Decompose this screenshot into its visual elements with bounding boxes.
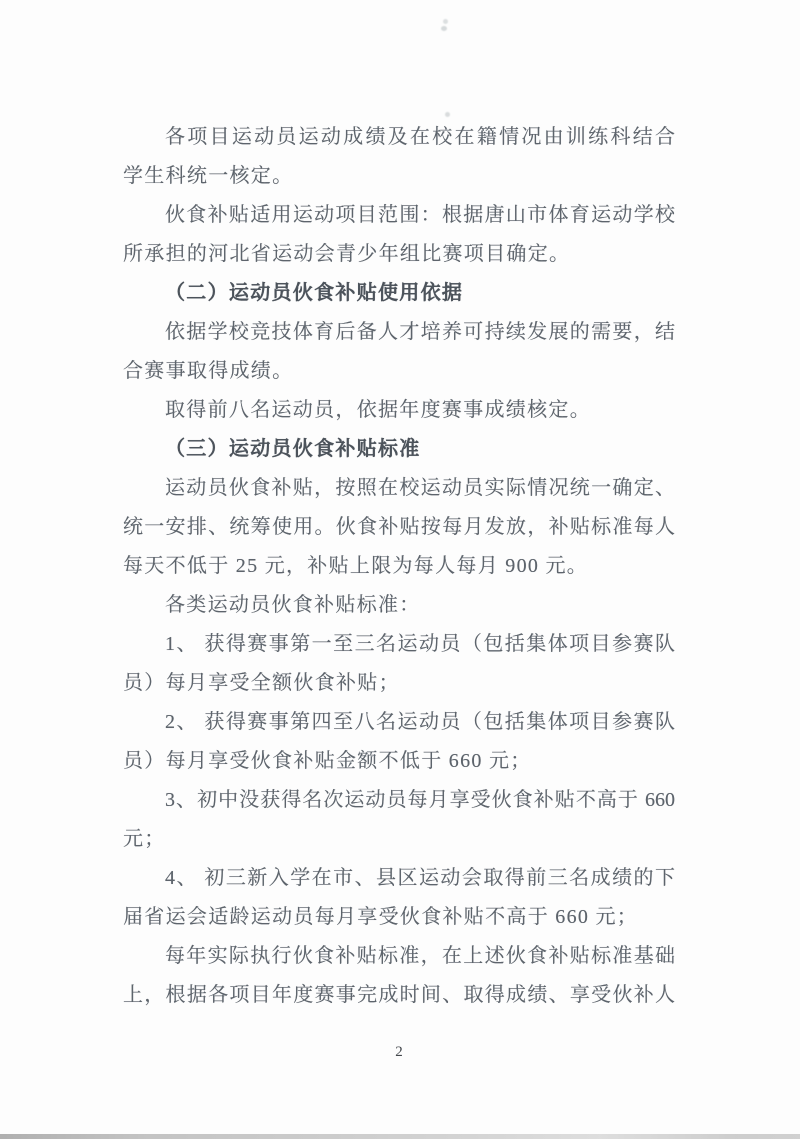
text-line: 每天不低于 25 元，补贴上限为每人每月 900 元。 — [123, 547, 675, 586]
text-line: 届省运会适龄运动员每月享受伙食补贴不高于 660 元； — [123, 898, 675, 937]
text-line: 员）每月享受全额伙食补贴； — [123, 664, 675, 703]
text-line: 所承担的河北省运动会青少年组比赛项目确定。 — [123, 235, 675, 274]
text-line: 运动员伙食补贴，按照在校运动员实际情况统一确定、 — [123, 469, 675, 508]
scan-speck-artifact — [445, 112, 450, 117]
text-line: 各项目运动员运动成绩及在校在籍情况由训练科结合 — [123, 118, 675, 157]
text-line: 1、 获得赛事第一至三名运动员（包括集体项目参赛队 — [123, 625, 675, 664]
heading-line: （二）运动员伙食补贴使用依据 — [123, 274, 675, 313]
page-number: 2 — [123, 1042, 675, 1062]
text-line: 学生科统一核定。 — [123, 157, 675, 196]
text-line: 取得前八名运动员，依据年度赛事成绩核定。 — [123, 391, 675, 430]
text-line: 上，根据各项目年度赛事完成时间、取得成绩、享受伙补人 — [123, 976, 675, 1015]
scan-speck-artifact — [441, 26, 447, 31]
text-line: 伙食补贴适用运动项目范围：根据唐山市体育运动学校 — [123, 196, 675, 235]
heading-line: （三）运动员伙食补贴标准 — [123, 430, 675, 469]
text-line: 元； — [123, 820, 675, 859]
scan-speck-artifact — [443, 19, 448, 24]
text-line: 合赛事取得成绩。 — [123, 352, 675, 391]
text-line: 2、 获得赛事第四至八名运动员（包括集体项目参赛队 — [123, 703, 675, 742]
text-line: 依据学校竞技体育后备人才培养可持续发展的需要，结 — [123, 313, 675, 352]
document-body-text: 各项目运动员运动成绩及在校在籍情况由训练科结合学生科统一核定。伙食补贴适用运动项… — [123, 118, 675, 1015]
text-line: 各类运动员伙食补贴标准： — [123, 586, 675, 625]
text-line: 每年实际执行伙食补贴标准，在上述伙食补贴标准基础 — [123, 937, 675, 976]
document-page: 各项目运动员运动成绩及在校在籍情况由训练科结合学生科统一核定。伙食补贴适用运动项… — [0, 0, 800, 1139]
text-line: 3、初中没获得名次运动员每月享受伙食补贴不高于 660 — [123, 781, 675, 820]
scan-bottom-edge — [0, 1134, 800, 1139]
text-line: 统一安排、统筹使用。伙食补贴按每月发放，补贴标准每人 — [123, 508, 675, 547]
text-line: 4、 初三新入学在市、县区运动会取得前三名成绩的下 — [123, 859, 675, 898]
text-line: 员）每月享受伙食补贴金额不低于 660 元； — [123, 742, 675, 781]
